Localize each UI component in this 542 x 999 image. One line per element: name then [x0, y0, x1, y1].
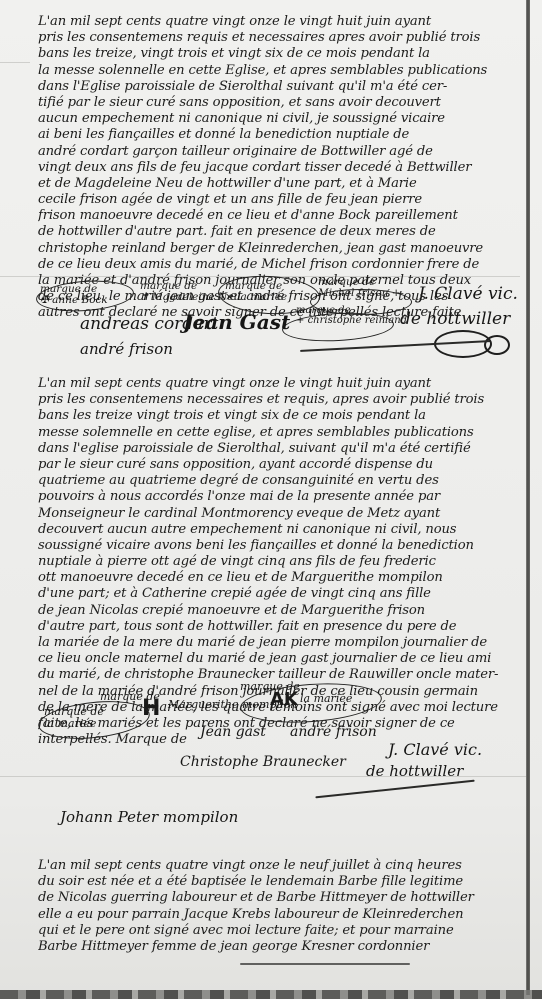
signature-vicar-clave: J. Clavé vic.	[418, 284, 518, 304]
text-line: nuptiale à pierre ott agé de vingt cinq …	[38, 554, 524, 570]
text-line: L'an mil sept cents quatre vingt onze le…	[38, 14, 524, 30]
text-line: de jean Nicolas crepié manoeuvre et de M…	[38, 603, 524, 619]
signature-peter-mompilon: Johann Peter mompilon	[60, 808, 238, 826]
signature-andre-frison: andré frison	[80, 340, 173, 358]
text-line: christophe reinland berger de Kleinreder…	[38, 241, 524, 257]
text-line: de ce lieu deux amis du marié, de Michel…	[38, 257, 524, 273]
text-line: Monseigneur le cardinal Montmorency eveq…	[38, 506, 524, 522]
text-line: qui et le pere ont signé avec moi lectur…	[38, 923, 524, 939]
text-line: quatrieme au quatrieme degré de consangu…	[38, 473, 524, 489]
text-line: dans l'eglise paroissiale de Sierolthal,…	[38, 441, 524, 457]
right-margin-rule	[526, 0, 530, 995]
text-line: Barbe Hittmeyer femme de jean george Kre…	[38, 939, 524, 955]
signature-andre-frison-2: andré frison	[290, 724, 377, 740]
marriage-entry-1: L'an mil sept cents quatre vingt onze le…	[38, 14, 526, 322]
text-line: soussigné vicaire avons beni les fiançai…	[38, 538, 524, 554]
text-line: bans les treize vingt trois et vingt six…	[38, 408, 524, 424]
register-page: L'an mil sept cents quatre vingt onze le…	[0, 0, 542, 999]
text-line: d'une part; et à Catherine crepié agée d…	[38, 586, 524, 602]
text-line: vingt deux ans fils de feu jacque cordar…	[38, 160, 524, 176]
text-line: L'an mil sept cents quatre vingt onze le…	[38, 858, 524, 874]
text-line: ai beni les fiançailles et donné la bene…	[38, 127, 524, 143]
entry-end-stroke	[240, 963, 410, 965]
signature-underline	[315, 780, 474, 798]
text-line: et de Magdeleine Neu de hottwiller d'une…	[38, 176, 524, 192]
text-line: frison manoeuvre decedé en ce lieu et d'…	[38, 208, 524, 224]
text-line: d'autre part, tous sont de hottwiller. f…	[38, 619, 524, 635]
text-line: aucun empechement ni canonique ni civil,…	[38, 111, 524, 127]
text-line: pris les consentemens necessaires et req…	[38, 392, 524, 408]
text-line: pouvoirs à nous accordés l'onze mai de l…	[38, 489, 524, 505]
signature-braunecker: Christophe Braunecker	[180, 754, 346, 770]
text-line: la messe solennelle en cette Eglise, et …	[38, 63, 524, 79]
text-line: tifié par le sieur curé sans opposition,…	[38, 95, 524, 111]
text-line: bans les treize, vingt trois et vingt si…	[38, 46, 524, 62]
page-bottom-edge	[0, 990, 542, 999]
signature-de-hottwiller-2: de hottwiller	[366, 762, 463, 780]
text-line: dans l'Eglise paroissiale de Sierolthal …	[38, 79, 524, 95]
margin-tick	[0, 62, 30, 63]
text-line: ott manoeuvre decedé en ce lieu et de Ma…	[38, 570, 524, 586]
text-line: de hottwiller d'autre part. fait en pres…	[38, 224, 524, 240]
cross-mark-icon: ✝	[140, 291, 149, 303]
text-line: andré cordart garçon tailleur originaire…	[38, 144, 524, 160]
text-line: messe solemnelle en cette eglise, et apr…	[38, 425, 524, 441]
baptism-entry: L'an mil sept cents quatre vingt onze le…	[38, 858, 526, 955]
signature-vicar-clave-2: J. Clavé vic.	[388, 740, 482, 759]
text-line: la mariée de la mere du marié de jean pi…	[38, 635, 524, 651]
signature-de-hottwiller: de hottwiller	[400, 309, 510, 329]
text-line: ce lieu oncle maternel du marié de jean …	[38, 651, 524, 667]
text-line: de Nicolas guerring laboureur et de Barb…	[38, 890, 524, 906]
signature-jean-gast: Jean Gast	[183, 310, 290, 334]
signature-jean-gast-2: Jean gast	[200, 724, 266, 740]
text-line: pris les consentemens requis et necessai…	[38, 30, 524, 46]
text-line: L'an mil sept cents quatre vingt onze le…	[38, 376, 524, 392]
text-line: elle a eu pour parrain Jacque Krebs labo…	[38, 907, 524, 923]
text-line: du soir est née et a été baptisée le len…	[38, 874, 524, 890]
text-line: par le sieur curé sans opposition, ayant…	[38, 457, 524, 473]
text-line: cecile frison agée de vingt et un ans fi…	[38, 192, 524, 208]
text-line: decouvert aucun autre empechement ni can…	[38, 522, 524, 538]
signature-flourish	[484, 335, 510, 355]
